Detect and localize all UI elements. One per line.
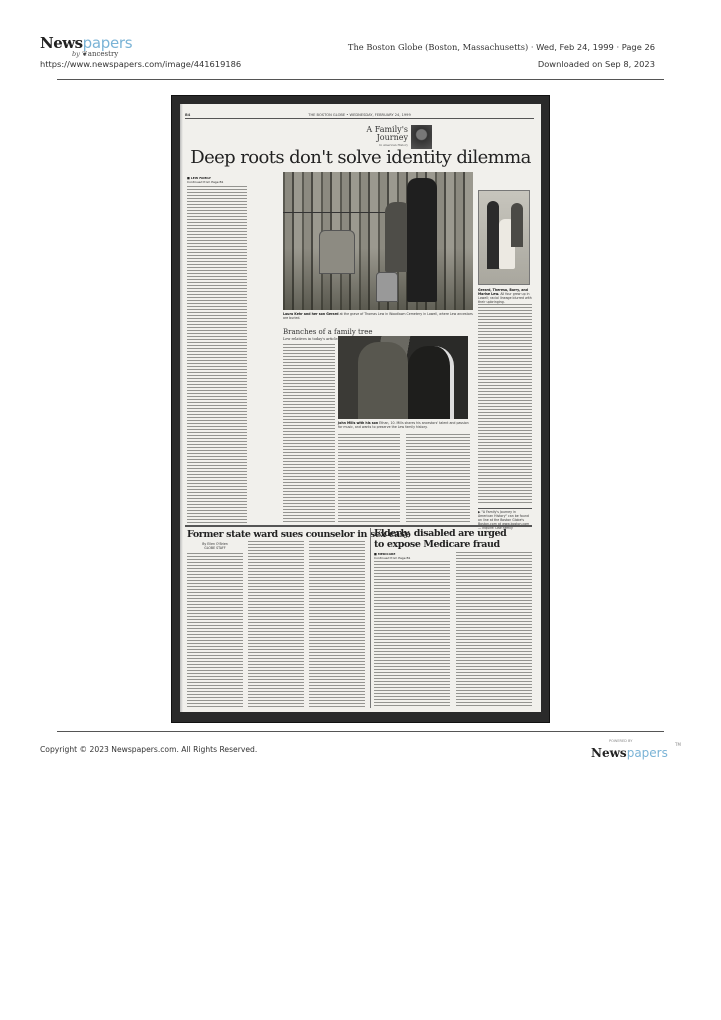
header-divider [57, 79, 664, 80]
online-pointer-note: ▶ "A Family's Journey in American Histor… [478, 510, 532, 530]
cemetery-photo-caption: Laura Kehr and her son Gerard at the gra… [283, 312, 478, 320]
section-divider [185, 525, 532, 527]
kicker-line2: Journey [328, 134, 408, 142]
publication-date: Wed, Feb 24, 1999 [536, 42, 614, 52]
father-son-photo [338, 336, 468, 419]
page-url[interactable]: https://www.newspapers.com/image/4416191… [40, 59, 241, 69]
cemetery-photo [283, 172, 473, 310]
pointer-text: "A Family's Journey in American History"… [478, 510, 529, 530]
person-figure [407, 178, 437, 302]
powered-by-newspapers-logo[interactable]: POWERED BY Newspapers TM [591, 742, 681, 762]
article-text-column [283, 344, 335, 522]
divider [478, 508, 532, 509]
column-divider [370, 528, 371, 708]
separator: · [616, 42, 619, 52]
story3-headline: Elderly, disabled are urged to expose Me… [374, 528, 506, 550]
footer-divider [57, 731, 664, 732]
newspaper-clipping-image[interactable]: B4 THE BOSTON GLOBE • WEDNESDAY, FEBRUAR… [171, 95, 550, 723]
separator: · [531, 42, 534, 52]
article-text-column [309, 541, 365, 707]
page-number: Page 26 [622, 42, 655, 52]
page-edge-shadow [180, 104, 183, 712]
article-text-column [187, 186, 247, 524]
article-text-column [478, 304, 532, 504]
article-text-column [248, 541, 304, 707]
branches-subhead: Branches of a family tree [283, 328, 373, 336]
series-kicker: A Family's Journey In American History [328, 126, 408, 147]
page-folio: B4 THE BOSTON GLOBE • WEDNESDAY, FEBRUAR… [185, 111, 534, 119]
powered-by-text: POWERED BY [609, 739, 632, 743]
person-figure [487, 201, 499, 269]
headline-line2: to expose Medicare fraud [374, 539, 500, 550]
article-text-column [456, 552, 532, 707]
folio-masthead: THE BOSTON GLOBE • WEDNESDAY, FEBRUARY 2… [185, 113, 534, 117]
family-portrait-photo [478, 190, 530, 285]
headline-line1: Elderly, disabled are urged [374, 528, 506, 539]
series-portrait-image [411, 125, 432, 149]
logo-papers-text: papers [627, 746, 668, 760]
article-text-column [406, 434, 470, 522]
family-photo-caption: Gerard, Theresa, Barry, and Marise Lew. … [478, 288, 532, 304]
article-text-column [338, 434, 400, 522]
gravestone [376, 272, 398, 302]
story2-byline: By Ellen O'Brien GLOBE STAFF [187, 542, 243, 550]
newspapers-logo[interactable]: Newspapers by ❦ancestry [40, 33, 140, 61]
gravestone [319, 230, 355, 274]
article-text-column [374, 561, 450, 707]
copyright-notice: Copyright © 2023 Newspapers.com. All Rig… [40, 745, 257, 754]
article-text-column [187, 553, 243, 707]
publication-title: The Boston Globe (Boston, Massachusetts) [348, 42, 528, 52]
branches-dek: Lew relatives in today's article. [283, 337, 339, 341]
person-figure [408, 346, 454, 419]
father-son-photo-caption: John Mills with his son Ethan, 10. Mills… [338, 421, 470, 429]
byline-role: GLOBE STAFF [204, 546, 225, 550]
person-figure [358, 342, 408, 419]
continued-line: Continued from Page B1 [187, 180, 223, 184]
newspaper-page: B4 THE BOSTON GLOBE • WEDNESDAY, FEBRUAR… [180, 104, 541, 712]
logo-news-text: News [591, 746, 627, 760]
person-figure [511, 203, 523, 247]
publication-info: The Boston Globe (Boston, Massachusetts)… [348, 42, 655, 52]
download-date: Downloaded on Sep 8, 2023 [538, 59, 655, 69]
story3-continued: Continued from Page B1 [374, 556, 410, 560]
main-headline: Deep roots don't solve identity dilemma [180, 148, 541, 168]
logo-by-ancestry: by ❦ancestry [72, 50, 118, 58]
trademark-text: TM [675, 742, 681, 747]
